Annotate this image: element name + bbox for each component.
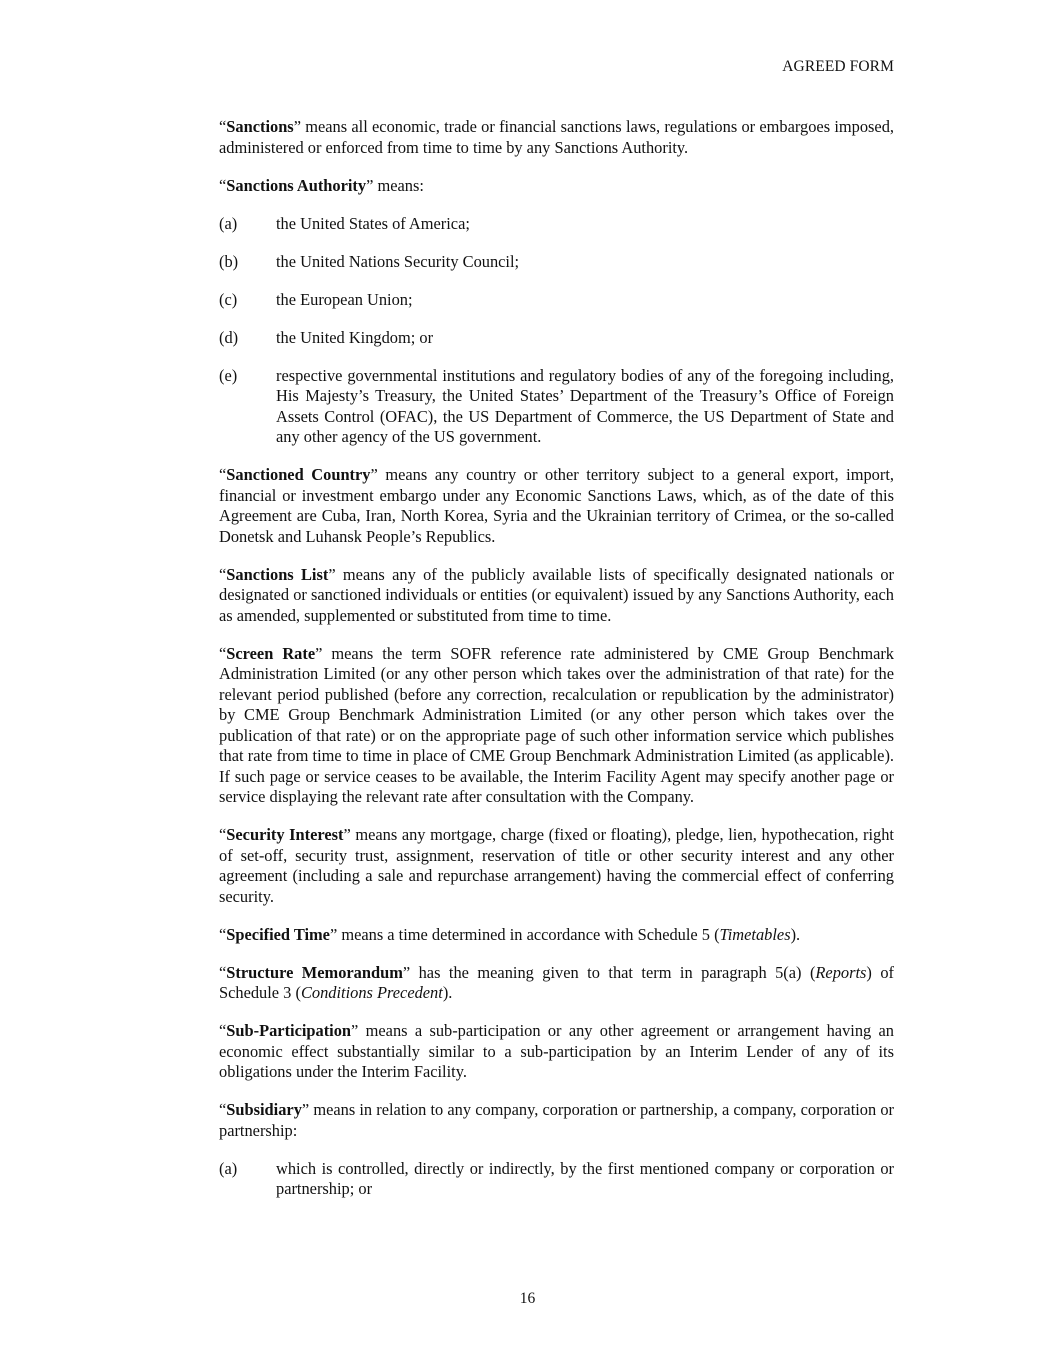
cross-reference: Timetables — [720, 925, 791, 944]
definition-sanctioned-country: “Sanctioned Country” means any country o… — [219, 465, 894, 547]
definition-sub-participation: “Sub-Participation” means a sub-particip… — [219, 1021, 894, 1083]
defined-term: Specified Time — [226, 925, 330, 944]
definition-security-interest: “Security Interest” means any mortgage, … — [219, 825, 894, 907]
list-item: (e)respective governmental institutions … — [219, 366, 894, 448]
document-header-label: AGREED FORM — [782, 58, 894, 76]
definition-structure-memorandum: “Structure Memorandum” has the meaning g… — [219, 963, 894, 1004]
page-number: 16 — [0, 1290, 1055, 1308]
list-item-label: (c) — [219, 290, 276, 311]
list-item-text: the European Union; — [276, 290, 894, 311]
defined-term: Security Interest — [226, 825, 343, 844]
close-quote: ” — [343, 825, 350, 844]
definition-text: means: — [373, 176, 424, 195]
list-item-text: the United States of America; — [276, 214, 894, 235]
list-item-label: (e) — [219, 366, 276, 448]
definition-text: has the meaning given to that term in pa… — [410, 963, 815, 982]
defined-term: Sub-Participation — [226, 1021, 351, 1040]
cross-reference: Reports — [815, 963, 866, 982]
defined-term: Sanctions List — [226, 565, 328, 584]
definition-sanctions: “Sanctions” means all economic, trade or… — [219, 117, 894, 158]
list-item-text: which is controlled, directly or indirec… — [276, 1159, 894, 1200]
list-item: (a)which is controlled, directly or indi… — [219, 1159, 894, 1200]
cross-reference: Conditions Precedent — [301, 983, 443, 1002]
definition-text: means the term SOFR reference rate admin… — [219, 644, 894, 807]
list-item-text: the United Kingdom; or — [276, 328, 894, 349]
defined-term: Sanctioned Country — [226, 465, 370, 484]
defined-term: Sanctions — [226, 117, 293, 136]
list-item-text: the United Nations Security Council; — [276, 252, 894, 273]
close-quote: ” — [294, 117, 301, 136]
list-item-label: (d) — [219, 328, 276, 349]
close-quote: ” — [328, 565, 335, 584]
definition-subsidiary: “Subsidiary” means in relation to any co… — [219, 1100, 894, 1141]
list-item-label: (a) — [219, 214, 276, 235]
definition-text-tail: ). — [443, 983, 453, 1002]
definition-specified-time: “Specified Time” means a time determined… — [219, 925, 894, 946]
defined-term: Structure Memorandum — [226, 963, 403, 982]
list-item: (d)the United Kingdom; or — [219, 328, 894, 349]
list-item-label: (b) — [219, 252, 276, 273]
definition-sanctions-list: “Sanctions List” means any of the public… — [219, 565, 894, 627]
defined-term: Screen Rate — [226, 644, 315, 663]
close-quote: ” — [370, 465, 377, 484]
list-item: (a)the United States of America; — [219, 214, 894, 235]
definition-text: means all economic, trade or financial s… — [219, 117, 894, 157]
definition-sanctions-authority: “Sanctions Authority” means: — [219, 176, 894, 197]
list-item-text: respective governmental institutions and… — [276, 366, 894, 448]
document-body: “Sanctions” means all economic, trade or… — [219, 117, 894, 1217]
definition-text: means in relation to any company, corpor… — [219, 1100, 894, 1140]
defined-term: Subsidiary — [226, 1100, 302, 1119]
list-item: (b)the United Nations Security Council; — [219, 252, 894, 273]
list-item-label: (a) — [219, 1159, 276, 1200]
definition-text: means a time determined in accordance wi… — [337, 925, 719, 944]
definition-screen-rate: “Screen Rate” means the term SOFR refere… — [219, 644, 894, 808]
defined-term: Sanctions Authority — [226, 176, 366, 195]
definition-text-tail: ). — [791, 925, 801, 944]
list-item: (c)the European Union; — [219, 290, 894, 311]
